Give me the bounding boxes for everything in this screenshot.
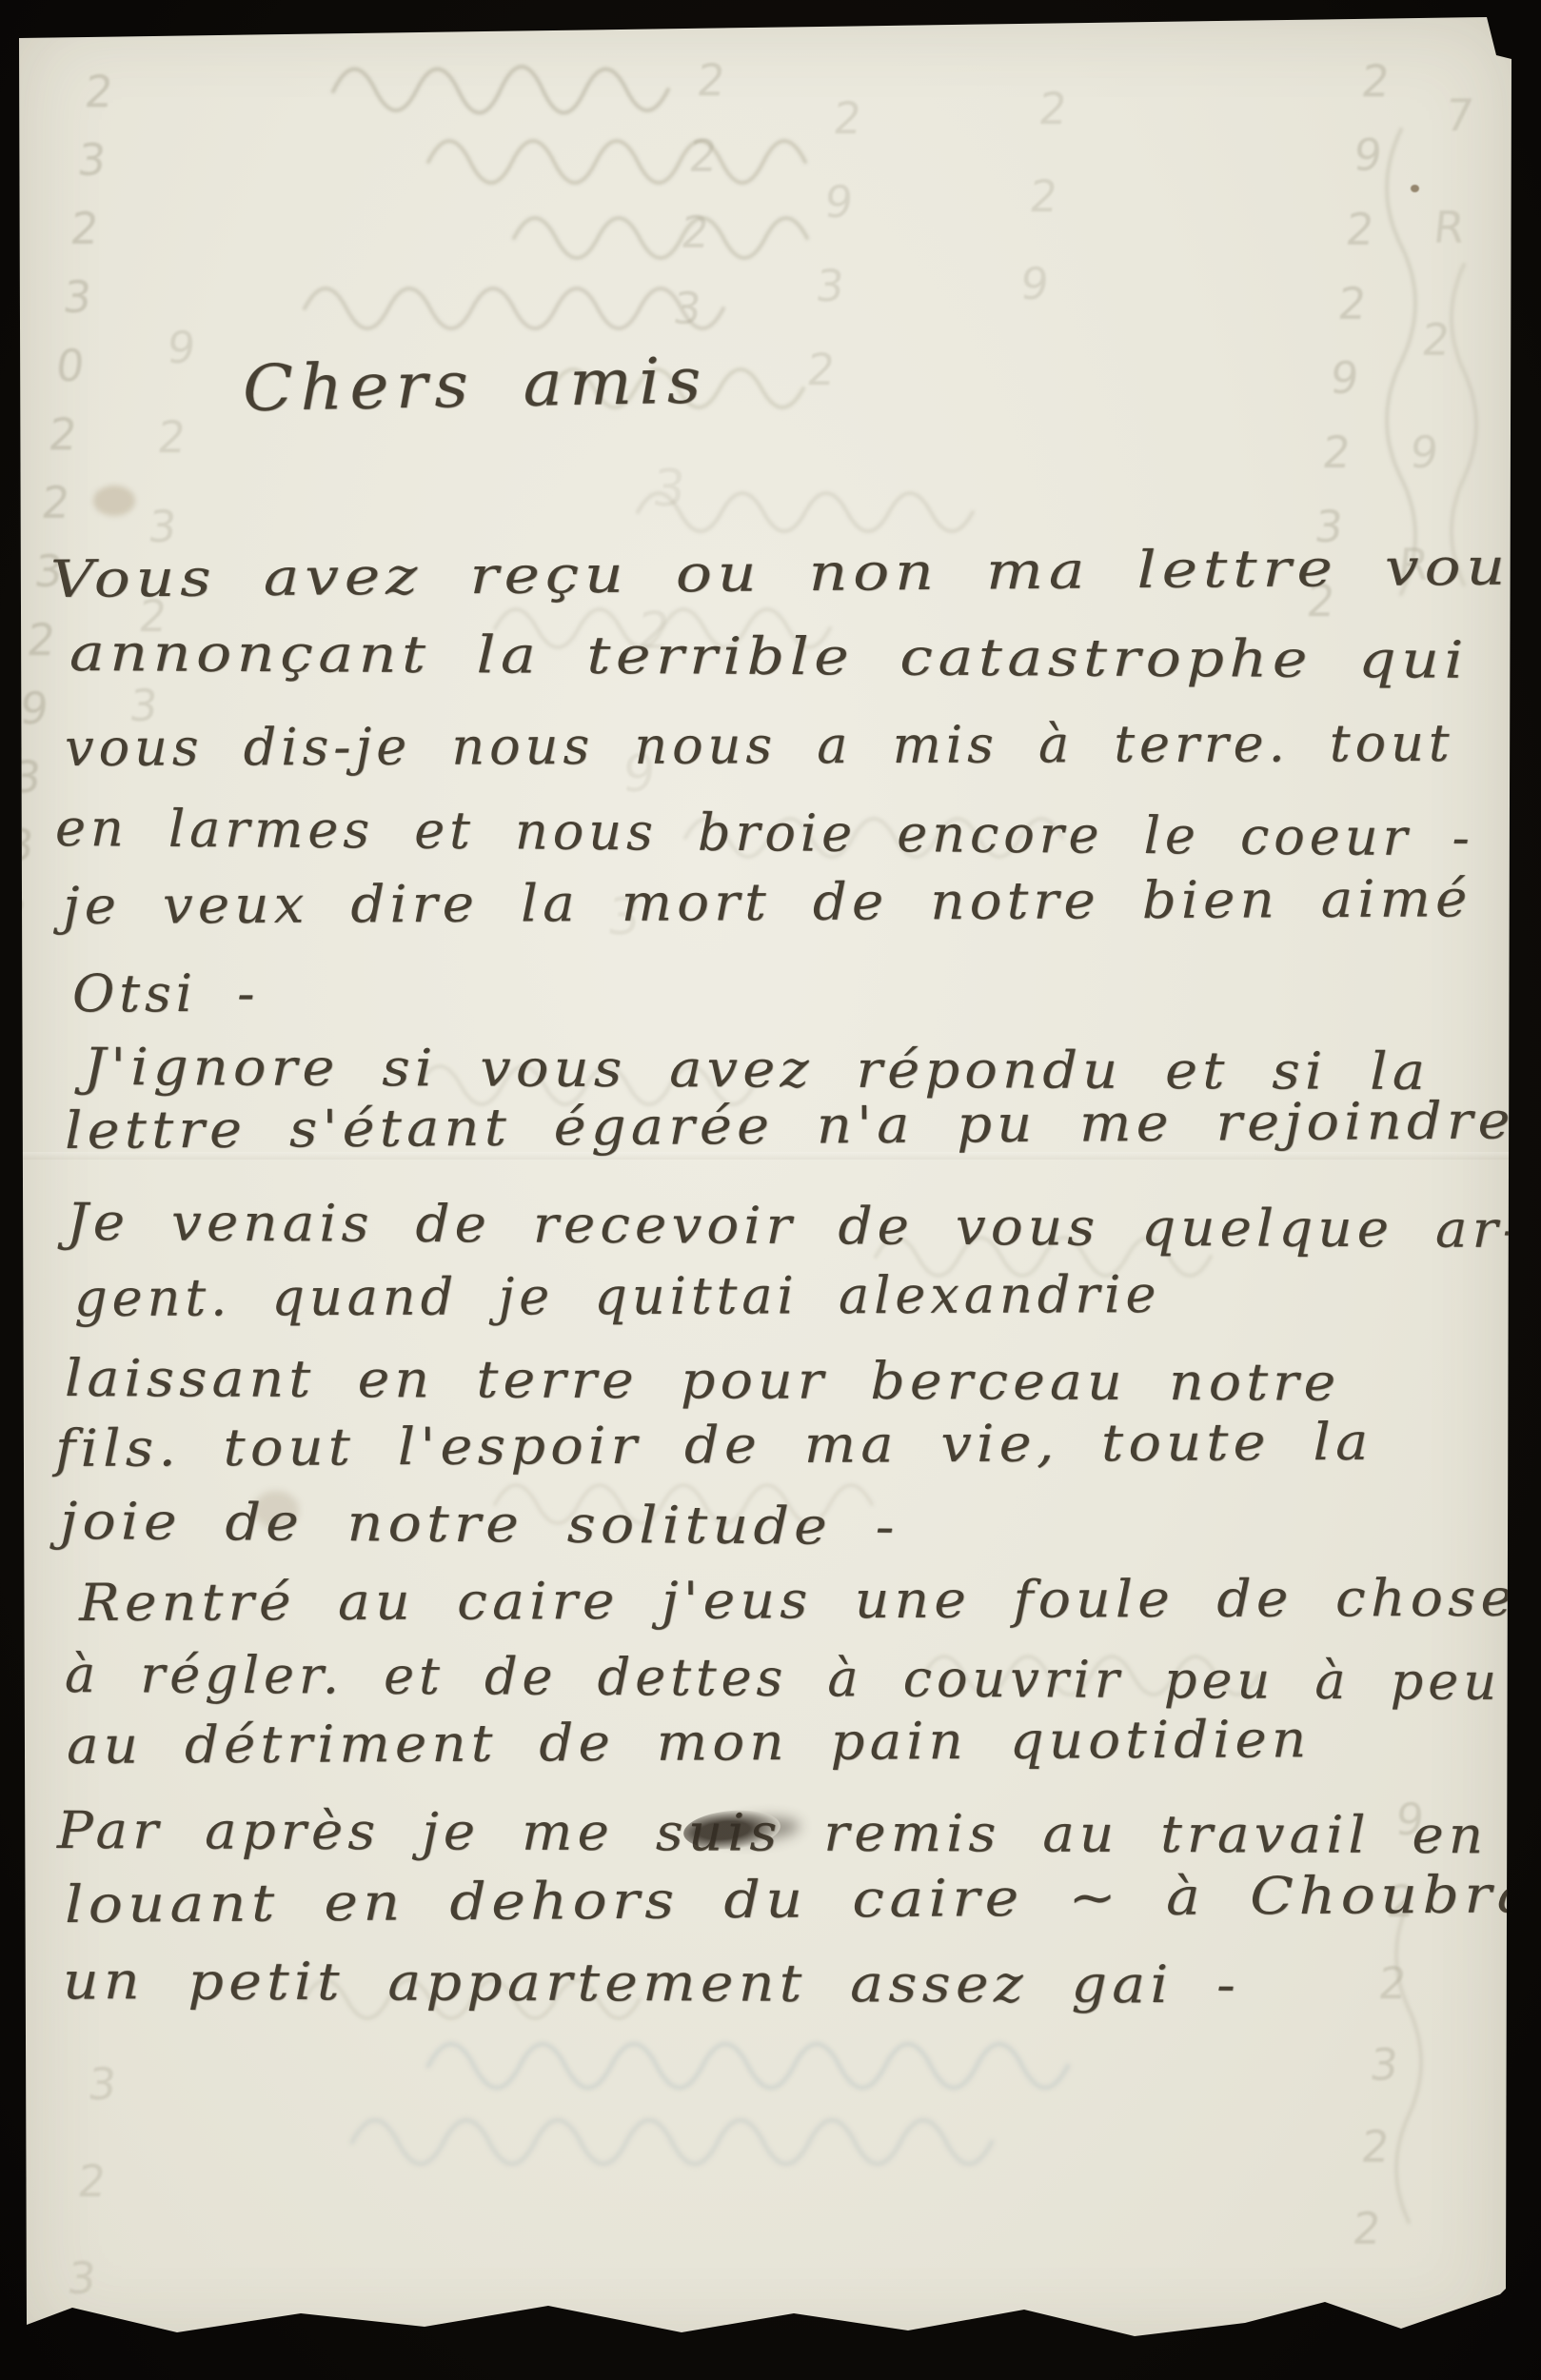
letter-line-6: Otsi - — [72, 963, 259, 1023]
letter-line-14: Rentré au caire j'eus une foule de chose… — [79, 1568, 1541, 1633]
letter-line-4: en larmes et nous broie encore le coeur … — [55, 798, 1474, 867]
bleedthrough-digits-bottom-left: 3 2 3 — [63, 2035, 121, 2327]
letter-line-18: louant en dehors du caire ~ à Choubrah — [65, 1864, 1541, 1934]
letter-line-17: Par après je me suis remis au travail en — [57, 1800, 1488, 1865]
bleedthrough-digits-center-top-3: 2 2 9 — [1016, 65, 1071, 327]
letter-line-10: gent. quand je quittai alexandrie — [74, 1264, 1161, 1328]
ink-stain — [93, 486, 135, 516]
letter-line-13: joie de notre solitude - — [60, 1491, 899, 1557]
bleedthrough-digits-center-top-2: 2 9 3 2 — [803, 76, 866, 411]
letter-line-8: lettre s'étant égarée n'a pu me rejoindr… — [65, 1090, 1515, 1160]
letter-line-12: fils. tout l'espoir de ma vie, toute la — [55, 1412, 1373, 1478]
ink-stain — [1411, 185, 1419, 192]
letter-line-15: à régler. et de dettes à couvrir peu à p… — [65, 1644, 1501, 1712]
photo-backdrop: 2 3 2 3 0 2 2 3 2 9 3 3 2 9 2 3 2 3 2 2 … — [0, 0, 1541, 2380]
letter-line-2: annonçant la terrible catastrophe qui — [69, 623, 1469, 690]
letter-line-16: au détriment de mon pain quotidien — [67, 1709, 1312, 1775]
letter-line-9: Je venais de recevoir de vous quelque ar… — [67, 1192, 1526, 1259]
letter-page: 2 3 2 3 0 2 2 3 2 9 3 3 2 9 2 3 2 3 2 2 … — [19, 17, 1511, 2348]
letter-line-1: Vous avez reçu ou non ma lettre vous — [50, 536, 1541, 609]
letter-line-19: un petit appartement assez gai - — [63, 1951, 1240, 2014]
salutation: Chers amis — [242, 344, 708, 426]
letter-line-3: vous dis-je nous nous a mis à terre. tou… — [65, 713, 1454, 778]
bleedthrough-digits-center-top: 2 2 2 3 — [669, 42, 729, 347]
letter-line-5: je veux dire la mort de notre bien aimé — [63, 868, 1472, 936]
letter-line-11: laissant en terre pour berceau notre — [65, 1348, 1341, 1413]
